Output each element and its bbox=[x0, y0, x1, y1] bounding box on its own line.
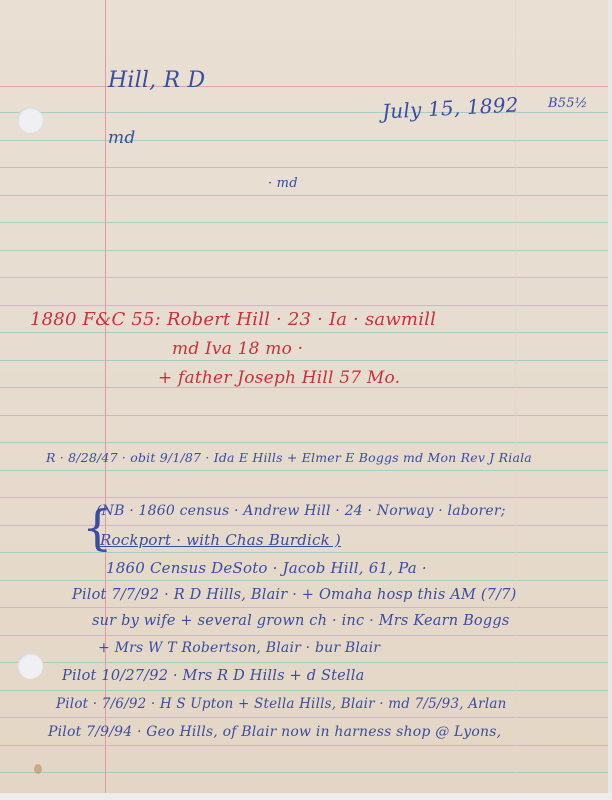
rule-line bbox=[0, 662, 608, 663]
scanner-background bbox=[0, 793, 612, 800]
nb-note-line-2: Rockport · with Chas Burdick ) bbox=[100, 531, 341, 549]
pilot-entry-3: Pilot · 7/6/92 · H S Upton + Stella Hill… bbox=[56, 696, 506, 712]
pilot-entry-4: Pilot 7/9/94 · Geo Hills, of Blair now i… bbox=[48, 724, 501, 740]
rule-line bbox=[0, 442, 608, 443]
rule-line bbox=[0, 305, 608, 306]
pilot-entry-1-cont: sur by wife + several grown ch · inc · M… bbox=[92, 613, 509, 629]
rule-line bbox=[0, 277, 608, 278]
right-margin-rule bbox=[515, 0, 516, 793]
rule-line bbox=[0, 250, 608, 251]
rule-line bbox=[0, 635, 608, 636]
pilot-entry-1: Pilot 7/7/92 · R D Hills, Blair · + Omah… bbox=[72, 587, 516, 603]
rule-line bbox=[0, 195, 608, 196]
census-1880-line-1: 1880 F&C 55: Robert Hill · 23 · Ia · saw… bbox=[30, 309, 436, 330]
notebook-page: Hill, R D md July 15, 1892 B55½ · md 188… bbox=[0, 0, 608, 793]
rule-line bbox=[0, 772, 608, 773]
center-note: · md bbox=[268, 176, 298, 191]
reference-code: B55½ bbox=[548, 96, 588, 111]
rule-line bbox=[0, 415, 608, 416]
rule-line bbox=[0, 222, 608, 223]
census-1880-line-3: + father Joseph Hill 57 Mo. bbox=[158, 368, 400, 388]
census-1880-line-2: md Iva 18 mo · bbox=[172, 339, 303, 359]
marital-status: md bbox=[108, 128, 135, 148]
rule-line bbox=[0, 580, 608, 581]
rule-line bbox=[0, 745, 608, 746]
rule-line bbox=[0, 140, 608, 141]
rule-line bbox=[0, 607, 608, 608]
subject-name: Hill, R D bbox=[108, 68, 205, 93]
rule-line bbox=[0, 167, 608, 168]
record-date: July 15, 1892 bbox=[381, 92, 519, 123]
pilot-entry-1-cont-2: + Mrs W T Robertson, Blair · bur Blair bbox=[98, 640, 380, 656]
punch-hole bbox=[17, 107, 43, 133]
top-margin-rule bbox=[0, 86, 608, 87]
rule-line bbox=[0, 717, 608, 718]
census-1860-entry: 1860 Census DeSoto · Jacob Hill, 61, Pa … bbox=[106, 559, 427, 577]
rule-line bbox=[0, 360, 608, 361]
obituary-entry: R · 8/28/47 · obit 9/1/87 · Ida E Hills … bbox=[46, 450, 532, 465]
paper-stain bbox=[34, 764, 42, 774]
rule-line bbox=[0, 332, 608, 333]
rule-line bbox=[0, 690, 608, 691]
nb-note-line-1: (NB · 1860 census · Andrew Hill · 24 · N… bbox=[96, 503, 506, 519]
pilot-entry-2: Pilot 10/27/92 · Mrs R D Hills + d Stell… bbox=[62, 668, 364, 684]
rule-line bbox=[0, 470, 608, 471]
punch-hole bbox=[17, 653, 43, 679]
rule-line bbox=[0, 497, 608, 498]
